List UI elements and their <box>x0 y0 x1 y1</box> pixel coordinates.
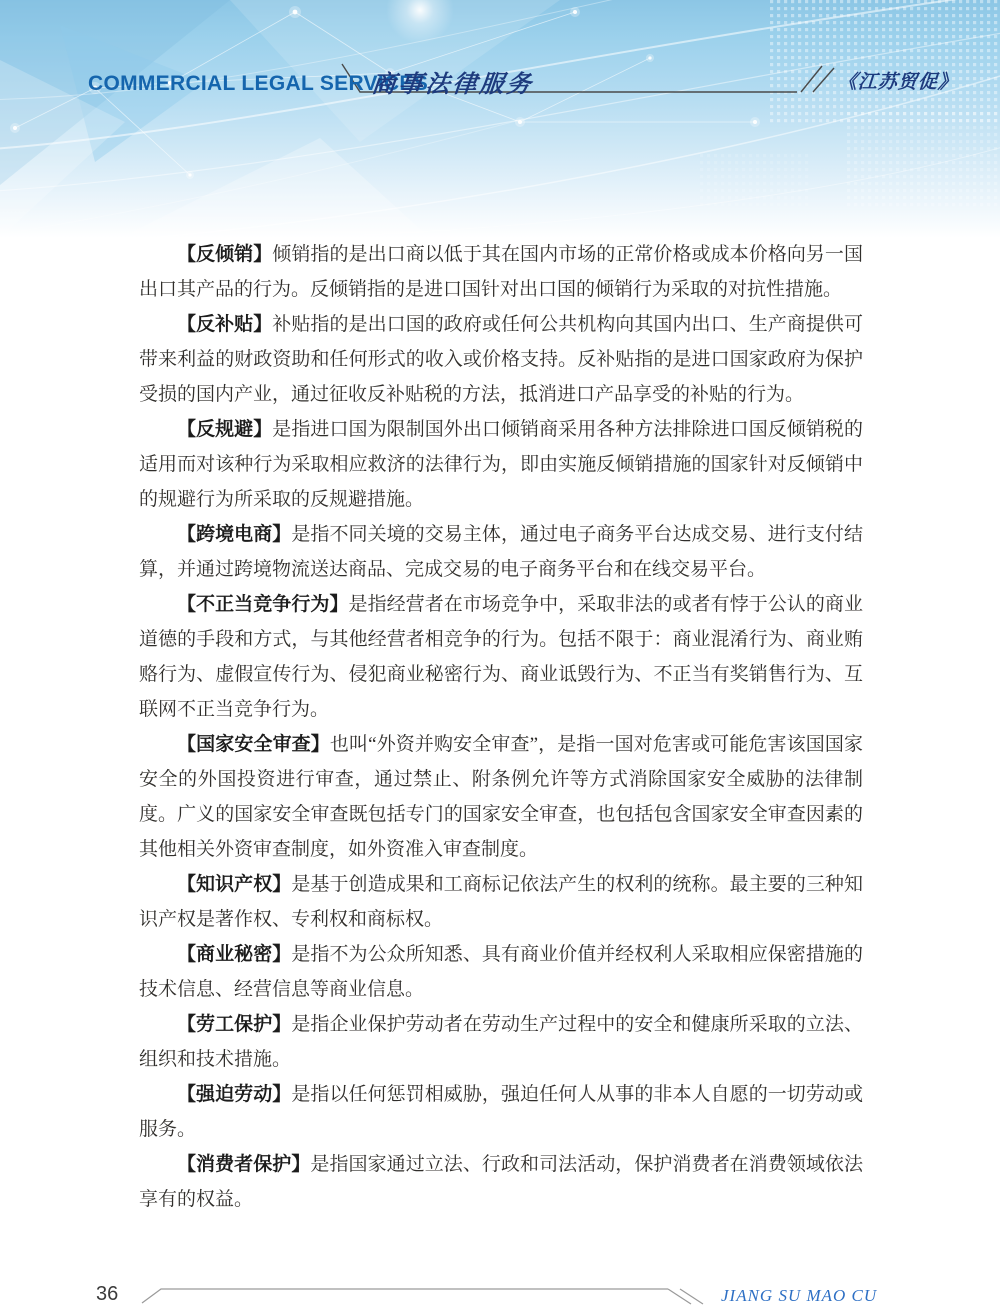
page-header: COMMERCIAL LEGAL SERVICES 商事法律服务 《江苏贸促》 <box>0 0 1000 238</box>
page-number: 36 <box>96 1283 118 1306</box>
glossary-term: 【知识产权】 <box>177 874 291 895</box>
glossary-term: 【消费者保护】 <box>177 1154 310 1175</box>
header-background-art <box>0 0 1000 238</box>
glossary-entry: 【不正当竞争行为】是指经营者在市场竞争中，采取非法的或者有悖于公认的商业道德的手… <box>139 587 863 727</box>
glossary-term: 【劳工保护】 <box>177 1014 291 1035</box>
glossary-term: 【反补贴】 <box>177 314 272 335</box>
header-title-zh-calligraphy: 商事法律服务 <box>370 64 536 99</box>
glossary-term: 【反规避】 <box>177 419 272 440</box>
glossary-body: 【反倾销】倾销指的是出口商以低于其在国内市场的正常价格或成本价格向另一国出口其产… <box>139 237 863 1217</box>
glossary-entry: 【跨境电商】是指不同关境的交易主体，通过电子商务平台达成交易、进行支付结算，并通… <box>139 517 863 587</box>
glossary-entry: 【消费者保护】是指国家通过立法、行政和司法活动，保护消费者在消费领域依法享有的权… <box>139 1147 863 1217</box>
glossary-term: 【强迫劳动】 <box>177 1084 291 1105</box>
glossary-entry: 【劳工保护】是指企业保护劳动者在劳动生产过程中的安全和健康所采取的立法、组织和技… <box>139 1007 863 1077</box>
glossary-entry: 【知识产权】是基于创造成果和工商标记依法产生的权利的统称。最主要的三种知识产权是… <box>139 867 863 937</box>
header-journal-name-zh: 《江苏贸促》 <box>837 67 959 94</box>
magazine-page: COMMERCIAL LEGAL SERVICES 商事法律服务 《江苏贸促》 … <box>0 0 1000 1311</box>
glossary-entry: 【反倾销】倾销指的是出口商以低于其在国内市场的正常价格或成本价格向另一国出口其产… <box>139 237 863 307</box>
glossary-entry: 【反补贴】补贴指的是出口国的政府或任何公共机构向其国内出口、生产商提供可带来利益… <box>139 307 863 412</box>
glossary-entry: 【国家安全审查】也叫“外资并购安全审查”，是指一国对危害或可能危害该国国家安全的… <box>139 727 863 867</box>
glossary-term: 【反倾销】 <box>177 244 272 265</box>
glossary-entry: 【商业秘密】是指不为公众所知悉、具有商业价值并经权利人采取相应保密措施的技术信息… <box>139 937 863 1007</box>
glossary-term: 【国家安全审查】 <box>177 734 330 755</box>
glossary-term: 【不正当竞争行为】 <box>177 594 349 615</box>
footer-journal-name-en: JIANG SU MAO CU <box>721 1286 877 1306</box>
glossary-entry: 【反规避】是指进口国为限制国外出口倾销商采用各种方法排除进口国反倾销税的适用而对… <box>139 412 863 517</box>
glossary-entry: 【强迫劳动】是指以任何惩罚相威胁，强迫任何人从事的非本人自愿的一切劳动或服务。 <box>139 1077 863 1147</box>
glossary-term: 【商业秘密】 <box>177 944 291 965</box>
glossary-term: 【跨境电商】 <box>177 524 291 545</box>
